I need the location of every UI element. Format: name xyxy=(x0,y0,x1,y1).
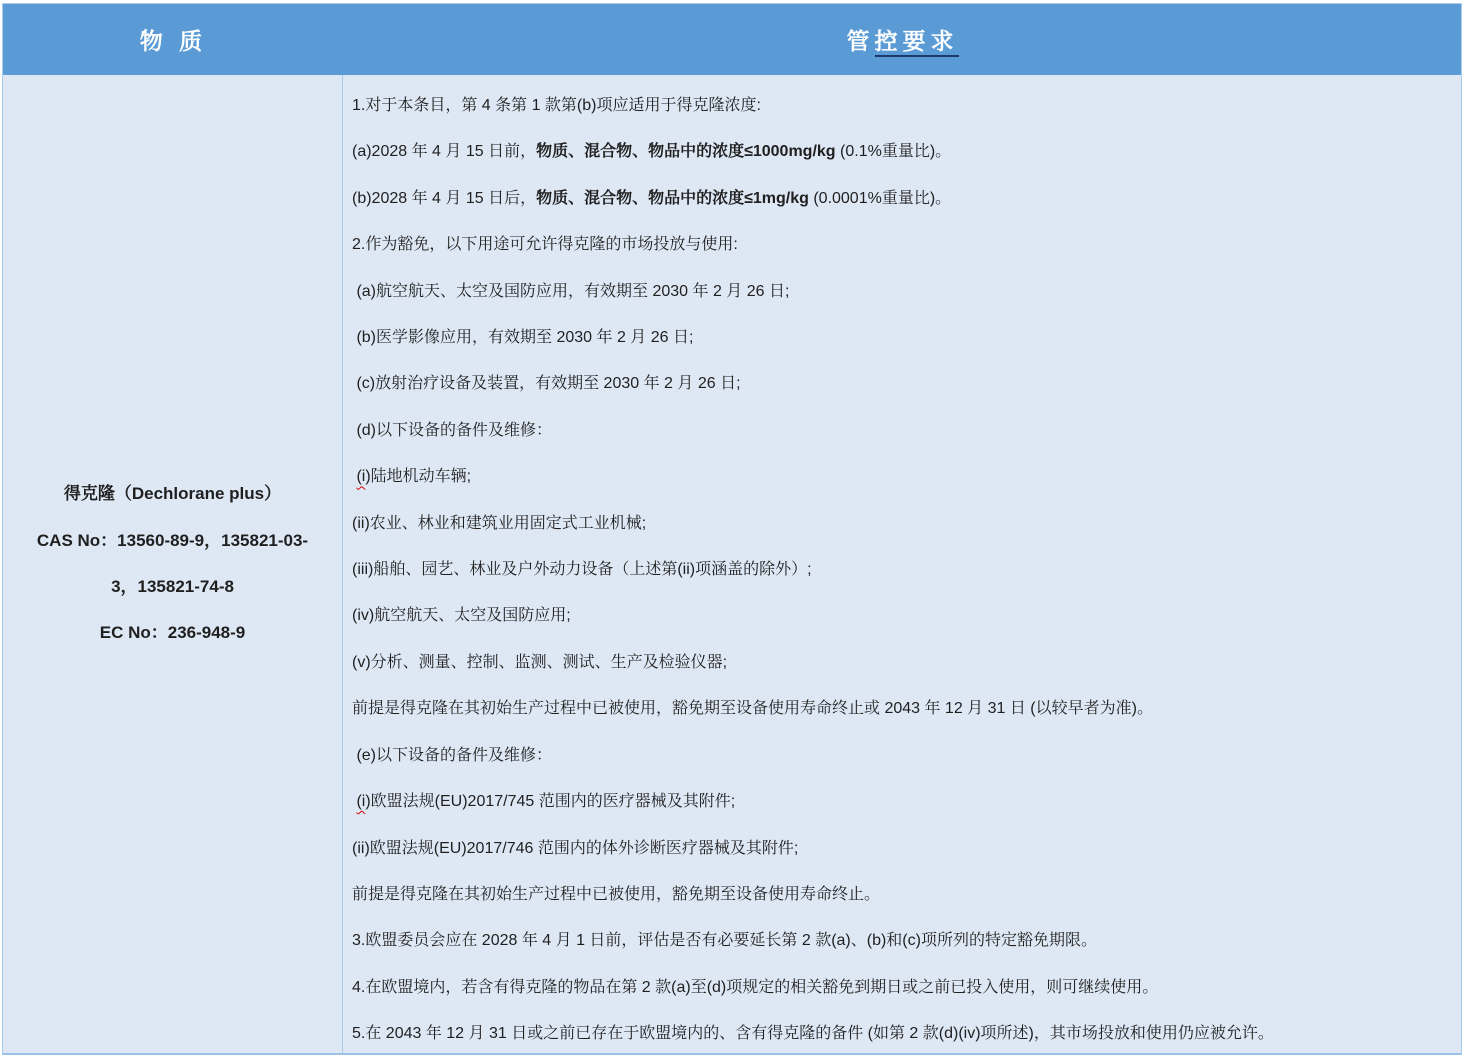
text-run: (ii)农业、林业和建筑业用固定式工业机械; xyxy=(352,515,646,532)
text-run: (i xyxy=(356,793,365,810)
requirement-paragraph: 3.欧盟委员会应在 2028 年 4 月 1 日前，评估是否有必要延长第 2 款… xyxy=(352,918,1449,964)
requirement-paragraph: (iii)船舶、园艺、林业及户外动力设备（上述第(ii)项涵盖的除外）; xyxy=(352,547,1449,593)
requirement-paragraph: (ii)欧盟法规(EU)2017/746 范围内的体外诊断医疗器械及其附件; xyxy=(352,826,1449,872)
requirement-paragraph: (i)陆地机动车辆; xyxy=(352,454,1449,500)
document-page: 物 质 管控要求 得克隆（Dechlorane plus）CAS No：1356… xyxy=(0,0,1466,1061)
requirement-paragraph: (iv)航空航天、太空及国防应用; xyxy=(352,593,1449,639)
requirement-paragraph: (a)航空航天、太空及国防应用，有效期至 2030 年 2 月 26 日; xyxy=(352,269,1449,315)
text-run: (c)放射治疗设备及装置，有效期至 2030 年 2 月 26 日; xyxy=(352,375,741,392)
substance-line: 得克隆（Dechlorane plus） xyxy=(64,471,281,517)
substance-header-label: 物 质 xyxy=(140,23,207,56)
requirement-paragraph: (ii)农业、林业和建筑业用固定式工业机械; xyxy=(352,501,1449,547)
substance-line: CAS No：13560-89-9，135821-03- xyxy=(37,518,308,564)
text-run: 前提是得克隆在其初始生产过程中已被使用，豁免期至设备使用寿命终止或 2043 年… xyxy=(352,700,1153,717)
text-run: (0.0001%重量比)。 xyxy=(809,190,951,207)
requirements-cell: 1.对于本条目，第 4 条第 1 款第(b)项应适用于得克隆浓度:(a)2028… xyxy=(343,75,1461,1053)
requirement-paragraph: (b)医学影像应用，有效期至 2030 年 2 月 26 日; xyxy=(352,315,1449,361)
text-run: 2.作为豁免，以下用途可允许得克隆的市场投放与使用: xyxy=(352,236,738,253)
text-run: 5.在 2043 年 12 月 31 日或之前已存在于欧盟境内的、含有得克隆的备… xyxy=(352,1025,1274,1042)
requirement-paragraph: 1.对于本条目，第 4 条第 1 款第(b)项应适用于得克隆浓度: xyxy=(352,83,1449,129)
header-cell-substance: 物 质 xyxy=(3,4,344,75)
text-run: (iii)船舶、园艺、林业及户外动力设备（上述第(ii)项涵盖的除外）; xyxy=(352,561,812,578)
header-cell-requirements: 管控要求 xyxy=(344,4,1461,75)
text-run: (i xyxy=(356,468,365,485)
requirement-paragraph: (b)2028 年 4 月 15 日后，物质、混合物、物品中的浓度≤1mg/kg… xyxy=(352,176,1449,222)
substance-cell: 得克隆（Dechlorane plus）CAS No：13560-89-9，13… xyxy=(3,75,343,1053)
text-run: (v)分析、测量、控制、监测、测试、生产及检验仪器; xyxy=(352,654,727,671)
text-run: (e)以下设备的备件及维修： xyxy=(352,747,552,764)
text-run: 物质、混合物、物品中的浓度≤1mg/kg xyxy=(536,190,809,207)
requirement-paragraph: (e)以下设备的备件及维修： xyxy=(352,733,1449,779)
requirement-paragraph: (a)2028 年 4 月 15 日前，物质、混合物、物品中的浓度≤1000mg… xyxy=(352,129,1449,175)
requirement-paragraph: (v)分析、测量、控制、监测、测试、生产及检验仪器; xyxy=(352,640,1449,686)
requirement-paragraph: 4.在欧盟境内，若含有得克隆的物品在第 2 款(a)至(d)项规定的相关豁免到期… xyxy=(352,965,1449,1011)
text-run: (a)航空航天、太空及国防应用，有效期至 2030 年 2 月 26 日; xyxy=(352,283,789,300)
text-run: )陆地机动车辆; xyxy=(365,468,471,485)
text-run: 物质、混合物、物品中的浓度≤1000mg/kg xyxy=(536,143,836,160)
requirement-paragraph: (c)放射治疗设备及装置，有效期至 2030 年 2 月 26 日; xyxy=(352,361,1449,407)
text-run: 3.欧盟委员会应在 2028 年 4 月 1 日前，评估是否有必要延长第 2 款… xyxy=(352,932,1097,949)
requirement-paragraph: 5.在 2043 年 12 月 31 日或之前已存在于欧盟境内的、含有得克隆的备… xyxy=(352,1011,1449,1057)
text-run: 前提是得克隆在其初始生产过程中已被使用，豁免期至设备使用寿命终止。 xyxy=(352,886,880,903)
text-run: 管 xyxy=(847,28,875,54)
text-run: (b)医学影像应用，有效期至 2030 年 2 月 26 日; xyxy=(352,329,693,346)
requirement-paragraph: (i)欧盟法规(EU)2017/745 范围内的医疗器械及其附件; xyxy=(352,779,1449,825)
text-run: (0.1%重量比)。 xyxy=(836,143,952,160)
text-run: (b)2028 年 4 月 15 日后， xyxy=(352,190,536,207)
substance-line: EC No：236-948-9 xyxy=(100,610,246,656)
text-run: )欧盟法规(EU)2017/745 范围内的医疗器械及其附件; xyxy=(365,793,735,810)
requirement-paragraph: 前提是得克隆在其初始生产过程中已被使用，豁免期至设备使用寿命终止或 2043 年… xyxy=(352,686,1449,732)
requirement-paragraph: (d)以下设备的备件及维修： xyxy=(352,408,1449,454)
requirement-paragraph: 2.作为豁免，以下用途可允许得克隆的市场投放与使用: xyxy=(352,222,1449,268)
text-run: (iv)航空航天、太空及国防应用; xyxy=(352,607,571,624)
table-body-row: 得克隆（Dechlorane plus）CAS No：13560-89-9，13… xyxy=(3,75,1461,1053)
requirement-paragraph: 前提是得克隆在其初始生产过程中已被使用，豁免期至设备使用寿命终止。 xyxy=(352,872,1449,918)
text-run: 1.对于本条目，第 4 条第 1 款第(b)项应适用于得克隆浓度: xyxy=(352,97,761,114)
text-run: (a)2028 年 4 月 15 日前， xyxy=(352,143,536,160)
substance-line: 3，135821-74-8 xyxy=(111,564,234,610)
text-run: (ii)欧盟法规(EU)2017/746 范围内的体外诊断医疗器械及其附件; xyxy=(352,840,798,857)
text-run: 控要求 xyxy=(875,28,959,57)
requirements-header-label: 管控要求 xyxy=(847,23,959,56)
text-run: 4.在欧盟境内，若含有得克隆的物品在第 2 款(a)至(d)项规定的相关豁免到期… xyxy=(352,979,1158,996)
substance-regulation-table: 物 质 管控要求 得克隆（Dechlorane plus）CAS No：1356… xyxy=(2,3,1462,1055)
table-header-row: 物 质 管控要求 xyxy=(3,4,1461,75)
text-run: (d)以下设备的备件及维修： xyxy=(352,422,552,439)
